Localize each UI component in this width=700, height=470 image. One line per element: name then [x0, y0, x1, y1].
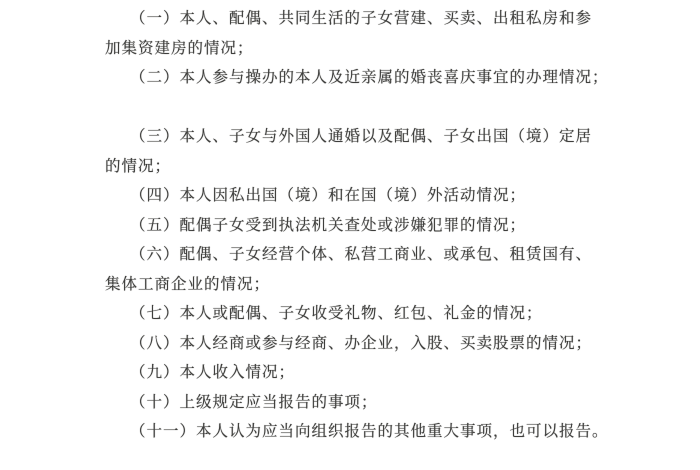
paragraph-item-11: （十一）本人认为应当向组织报告的其他重大事项，也可以报告。: [105, 417, 630, 447]
document-line: （九）本人收入情况；: [105, 358, 630, 388]
document-line: 集体工商企业的情况；: [105, 270, 630, 300]
document-line: （二）本人参与操办的本人及近亲属的婚丧喜庆事宜的办理情况；: [105, 63, 630, 93]
document-line: （四）本人因私出国（境）和在国（境）外活动情况；: [105, 181, 630, 211]
paragraph-item-2: （二）本人参与操办的本人及近亲属的婚丧喜庆事宜的办理情况；: [105, 63, 630, 93]
document-page: （一）本人、配偶、共同生活的子女营建、买卖、出租私房和参 加集资建房的情况； （…: [0, 0, 700, 470]
document-line: （三）本人、子女与外国人通婚以及配偶、子女出国（境）定居: [105, 122, 630, 152]
paragraph-item-6: （六）配偶、子女经营个体、私营工商业、或承包、租赁国有、 集体工商企业的情况；: [105, 240, 630, 299]
document-line: 加集资建房的情况；: [105, 34, 630, 64]
document-line: （十）上级规定应当报告的事项；: [105, 388, 630, 418]
document-line: 的情况；: [105, 152, 630, 182]
paragraph-item-8: （八）本人经商或参与经商、办企业，入股、买卖股票的情况；: [105, 329, 630, 359]
document-line: （十一）本人认为应当向组织报告的其他重大事项，也可以报告。: [105, 417, 630, 447]
document-line: （六）配偶、子女经营个体、私营工商业、或承包、租赁国有、: [105, 240, 630, 270]
paragraph-item-1: （一）本人、配偶、共同生活的子女营建、买卖、出租私房和参 加集资建房的情况；: [105, 4, 630, 63]
document-line: （一）本人、配偶、共同生活的子女营建、买卖、出租私房和参: [105, 4, 630, 34]
paragraph-item-3: （三）本人、子女与外国人通婚以及配偶、子女出国（境）定居 的情况；: [105, 122, 630, 181]
paragraph-item-10: （十）上级规定应当报告的事项；: [105, 388, 630, 418]
paragraph-item-5: （五）配偶子女受到执法机关查处或涉嫌犯罪的情况；: [105, 211, 630, 241]
paragraph-item-4: （四）本人因私出国（境）和在国（境）外活动情况；: [105, 181, 630, 211]
paragraph-item-7: （七）本人或配偶、子女收受礼物、红包、礼金的情况；: [105, 299, 630, 329]
document-body: （一）本人、配偶、共同生活的子女营建、买卖、出租私房和参 加集资建房的情况； （…: [0, 0, 700, 447]
paragraph-item-9: （九）本人收入情况；: [105, 358, 630, 388]
document-line: （七）本人或配偶、子女收受礼物、红包、礼金的情况；: [105, 299, 630, 329]
document-line: （五）配偶子女受到执法机关查处或涉嫌犯罪的情况；: [105, 211, 630, 241]
document-line: （八）本人经商或参与经商、办企业，入股、买卖股票的情况；: [105, 329, 630, 359]
